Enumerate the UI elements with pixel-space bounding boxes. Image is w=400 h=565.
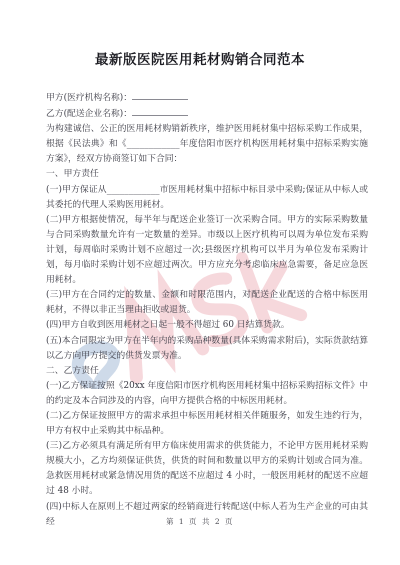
page-title: 最新版医院医用耗材购销合同范本 — [0, 0, 400, 69]
section2-item-3: (三)乙方必须具有满足所有甲方临床使用需求的供货能力，不论甲方医用耗材采购规模大… — [46, 439, 368, 499]
section2-item-1: (一)乙方保证按照《20xx 年度信阳市医疗机构医用耗材集中招标采购招标文件》中… — [46, 379, 368, 409]
contract-document-page: 最新版医院医用耗材购销合同范本 甲方(医疗机构名称)： 乙方(配送企业名称)： … — [0, 0, 400, 565]
party-a-blank — [132, 90, 188, 100]
section1-item-5: (五)本合同限定为甲方在半年内的采购品种数量(具体采购需求附后)，实际货款结算以… — [46, 334, 368, 364]
section1-item-4: (四)甲方自收到医用耗材之日起一般不得超过 60 日结算货款。 — [46, 318, 368, 333]
party-b-label: 乙方(配送企业名称)： — [46, 109, 132, 119]
section2-heading: 二、乙方责任 — [46, 364, 368, 379]
party-b-blank — [132, 106, 188, 116]
page-number: 第 1 页 共 2 页 — [0, 516, 400, 527]
section1-item-1: (一)甲方保证从____________市医用耗材集中招标中标目录中采购;保证从… — [46, 183, 368, 213]
section2-item-2: (二)乙方保证按照甲方的需求承担中标医用耗材相关伴随服务，如发生违约行为，甲方有… — [46, 409, 368, 439]
party-a-line: 甲方(医疗机构名称)： — [46, 90, 368, 106]
party-a-label: 甲方(医疗机构名称)： — [46, 93, 132, 103]
section1-item-3: (三)甲方在合同约定的数量、金额和时限范围内，对配送企业配送的合格中标医用耗材，… — [46, 288, 368, 318]
section1-heading: 一、甲方责任 — [46, 167, 368, 182]
contract-preamble: 为构建诚信、公正的医用耗材购销新秩序，维护医用耗材集中招标采购工作成果，根据《民… — [46, 122, 368, 167]
contract-body: 甲方(医疗机构名称)： 乙方(配送企业名称)： 为构建诚信、公正的医用耗材购销新… — [0, 90, 400, 530]
section1-item-2: (二)甲方根据使情况，每半年与配送企业签订一次采购合同。甲方的实际采购数量与合同… — [46, 213, 368, 288]
party-b-line: 乙方(配送企业名称)： — [46, 106, 368, 122]
